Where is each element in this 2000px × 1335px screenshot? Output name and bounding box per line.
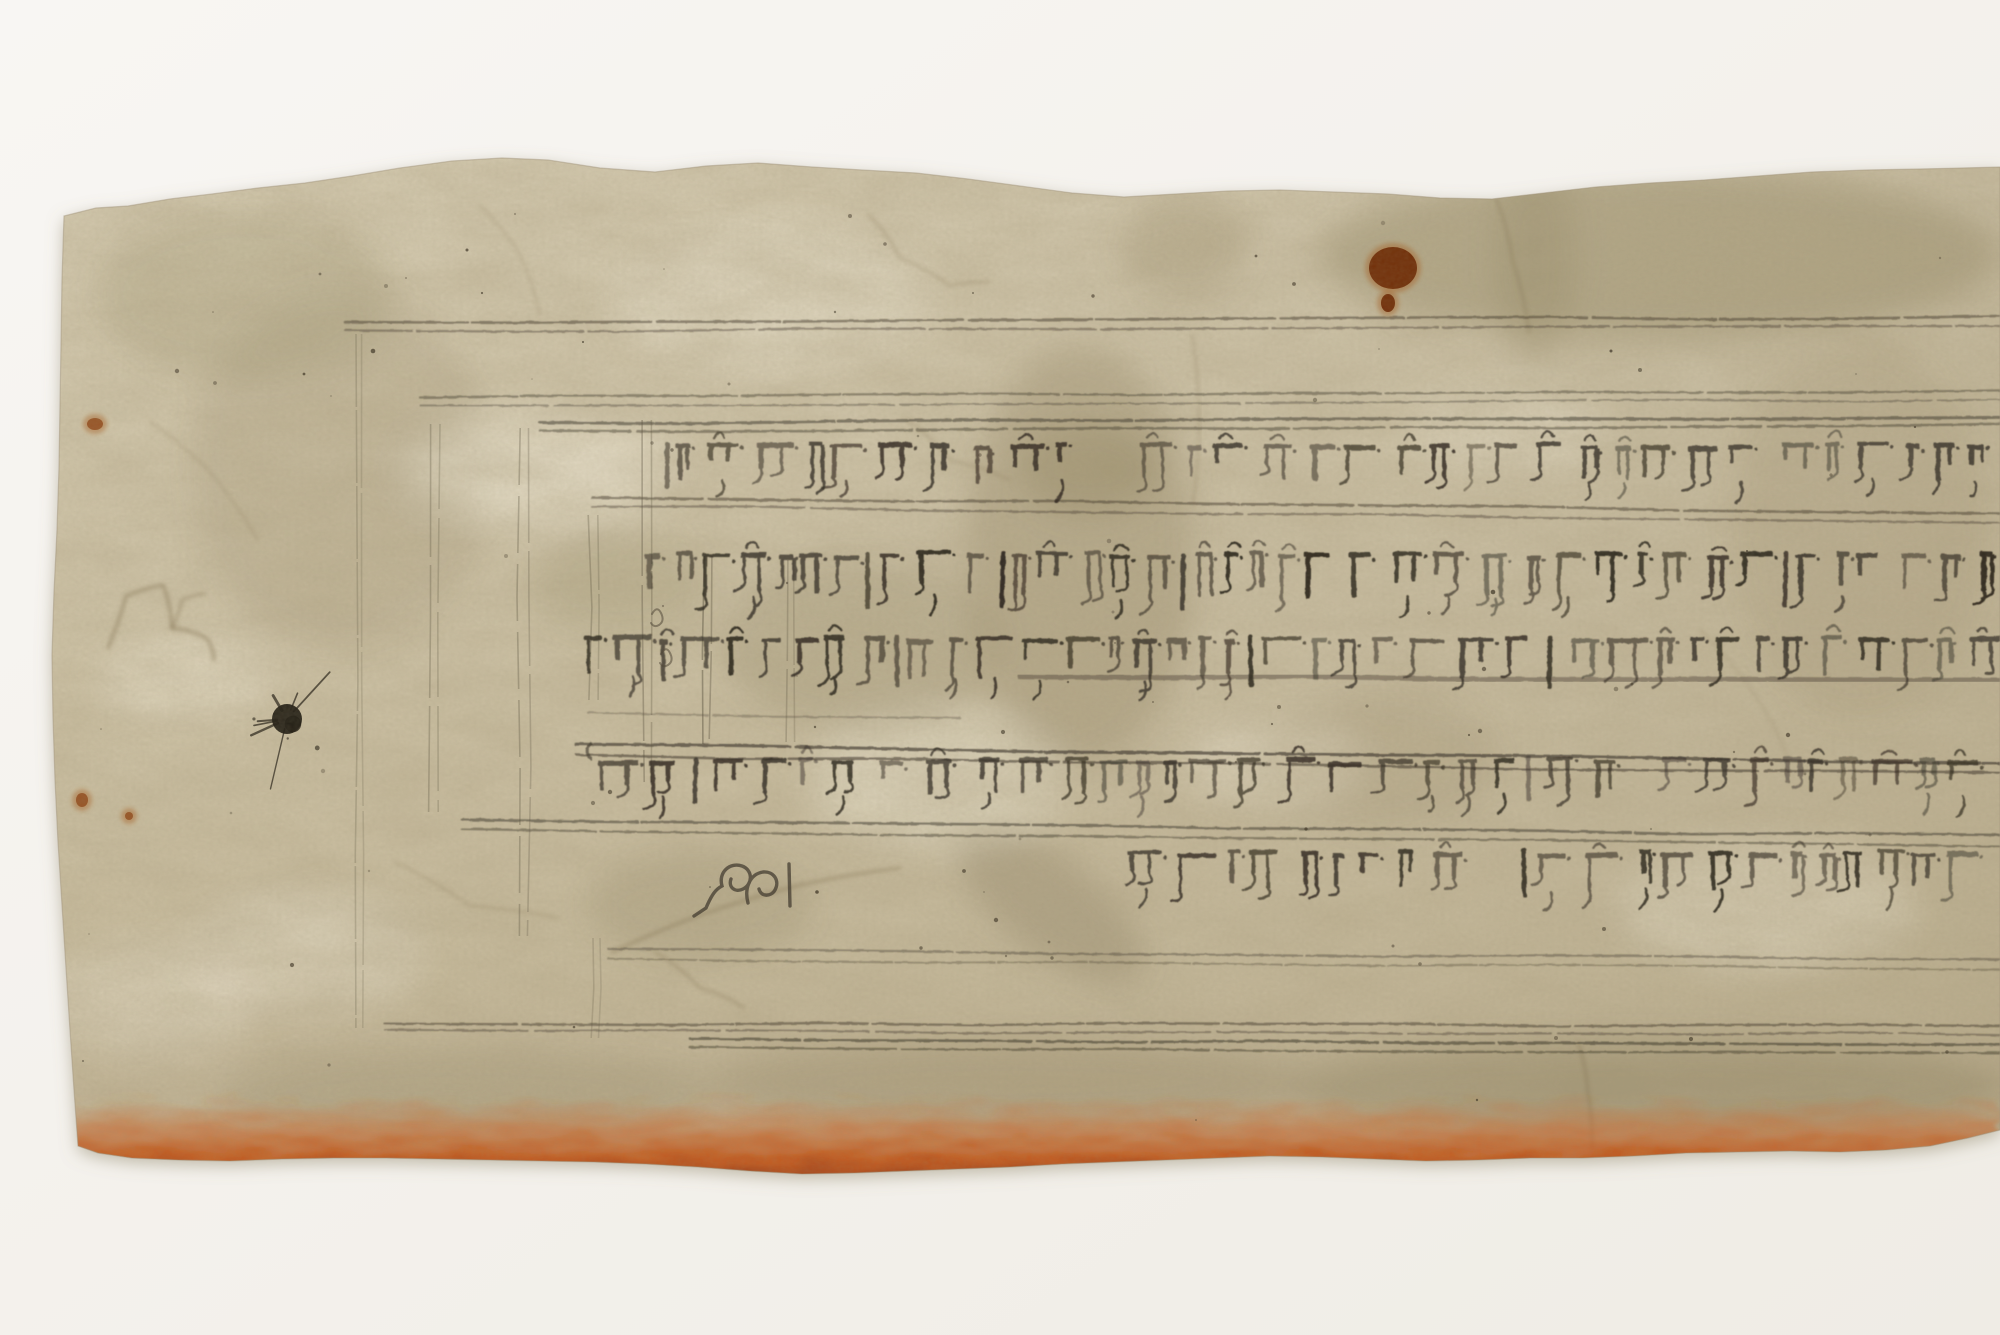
manuscript-leaf	[40, 145, 2000, 1190]
paper-grain-overlay	[40, 150, 2000, 1190]
manuscript-photograph	[0, 0, 2000, 1335]
